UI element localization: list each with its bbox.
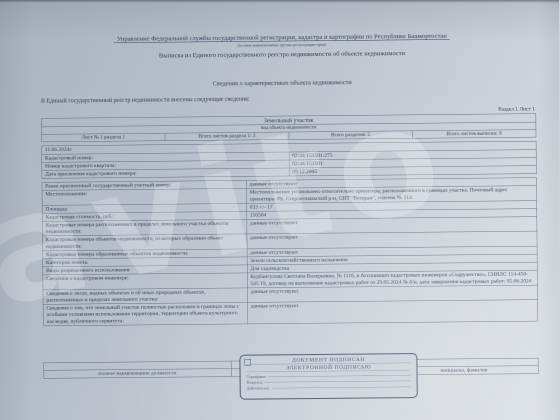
cadastral-rows-b: Ранее присвоенный государственный учетны…: [42, 178, 538, 326]
document-title: Выписка из Единого государственного реес…: [2, 48, 559, 61]
characteristics-table: Земельный участок вид объекта недвижимос…: [41, 113, 538, 326]
position-caption: полное наименование должности: [44, 369, 231, 379]
cadastral-main-table: 11.06.2024г. Кадастровый номер: 02:44:15…: [41, 141, 536, 179]
document-photo: Управление Федеральной службы государств…: [0, 0, 559, 420]
section-title: Сведения о характеристиках объекта недви…: [3, 77, 559, 90]
row-value: данные отсутствуют: [247, 300, 537, 324]
egrn-extract-page: Управление Федеральной службы государств…: [2, 1, 559, 420]
stamp-validity-line: Действителен:: [247, 384, 411, 391]
intro-line: В Единый государственный реестр недвижим…: [41, 92, 559, 105]
row-label: Сведения о том, что земельный участок по…: [43, 302, 247, 325]
stamp-line-2: ЭЛЕКТРОННОЙ ПОДПИСЬЮ: [246, 364, 410, 373]
stamp-corner-square: [244, 359, 251, 366]
cadastral-details-table: Ранее присвоенный государственный учетны…: [42, 177, 538, 326]
digital-signature-stamp: ДОКУМЕНТ ПОДПИСАН ЭЛЕКТРОННОЙ ПОДПИСЬЮ С…: [239, 353, 417, 400]
table-row: Сведения о том, что земельный участок по…: [43, 300, 538, 326]
photo-top-edge: [0, 0, 559, 3]
